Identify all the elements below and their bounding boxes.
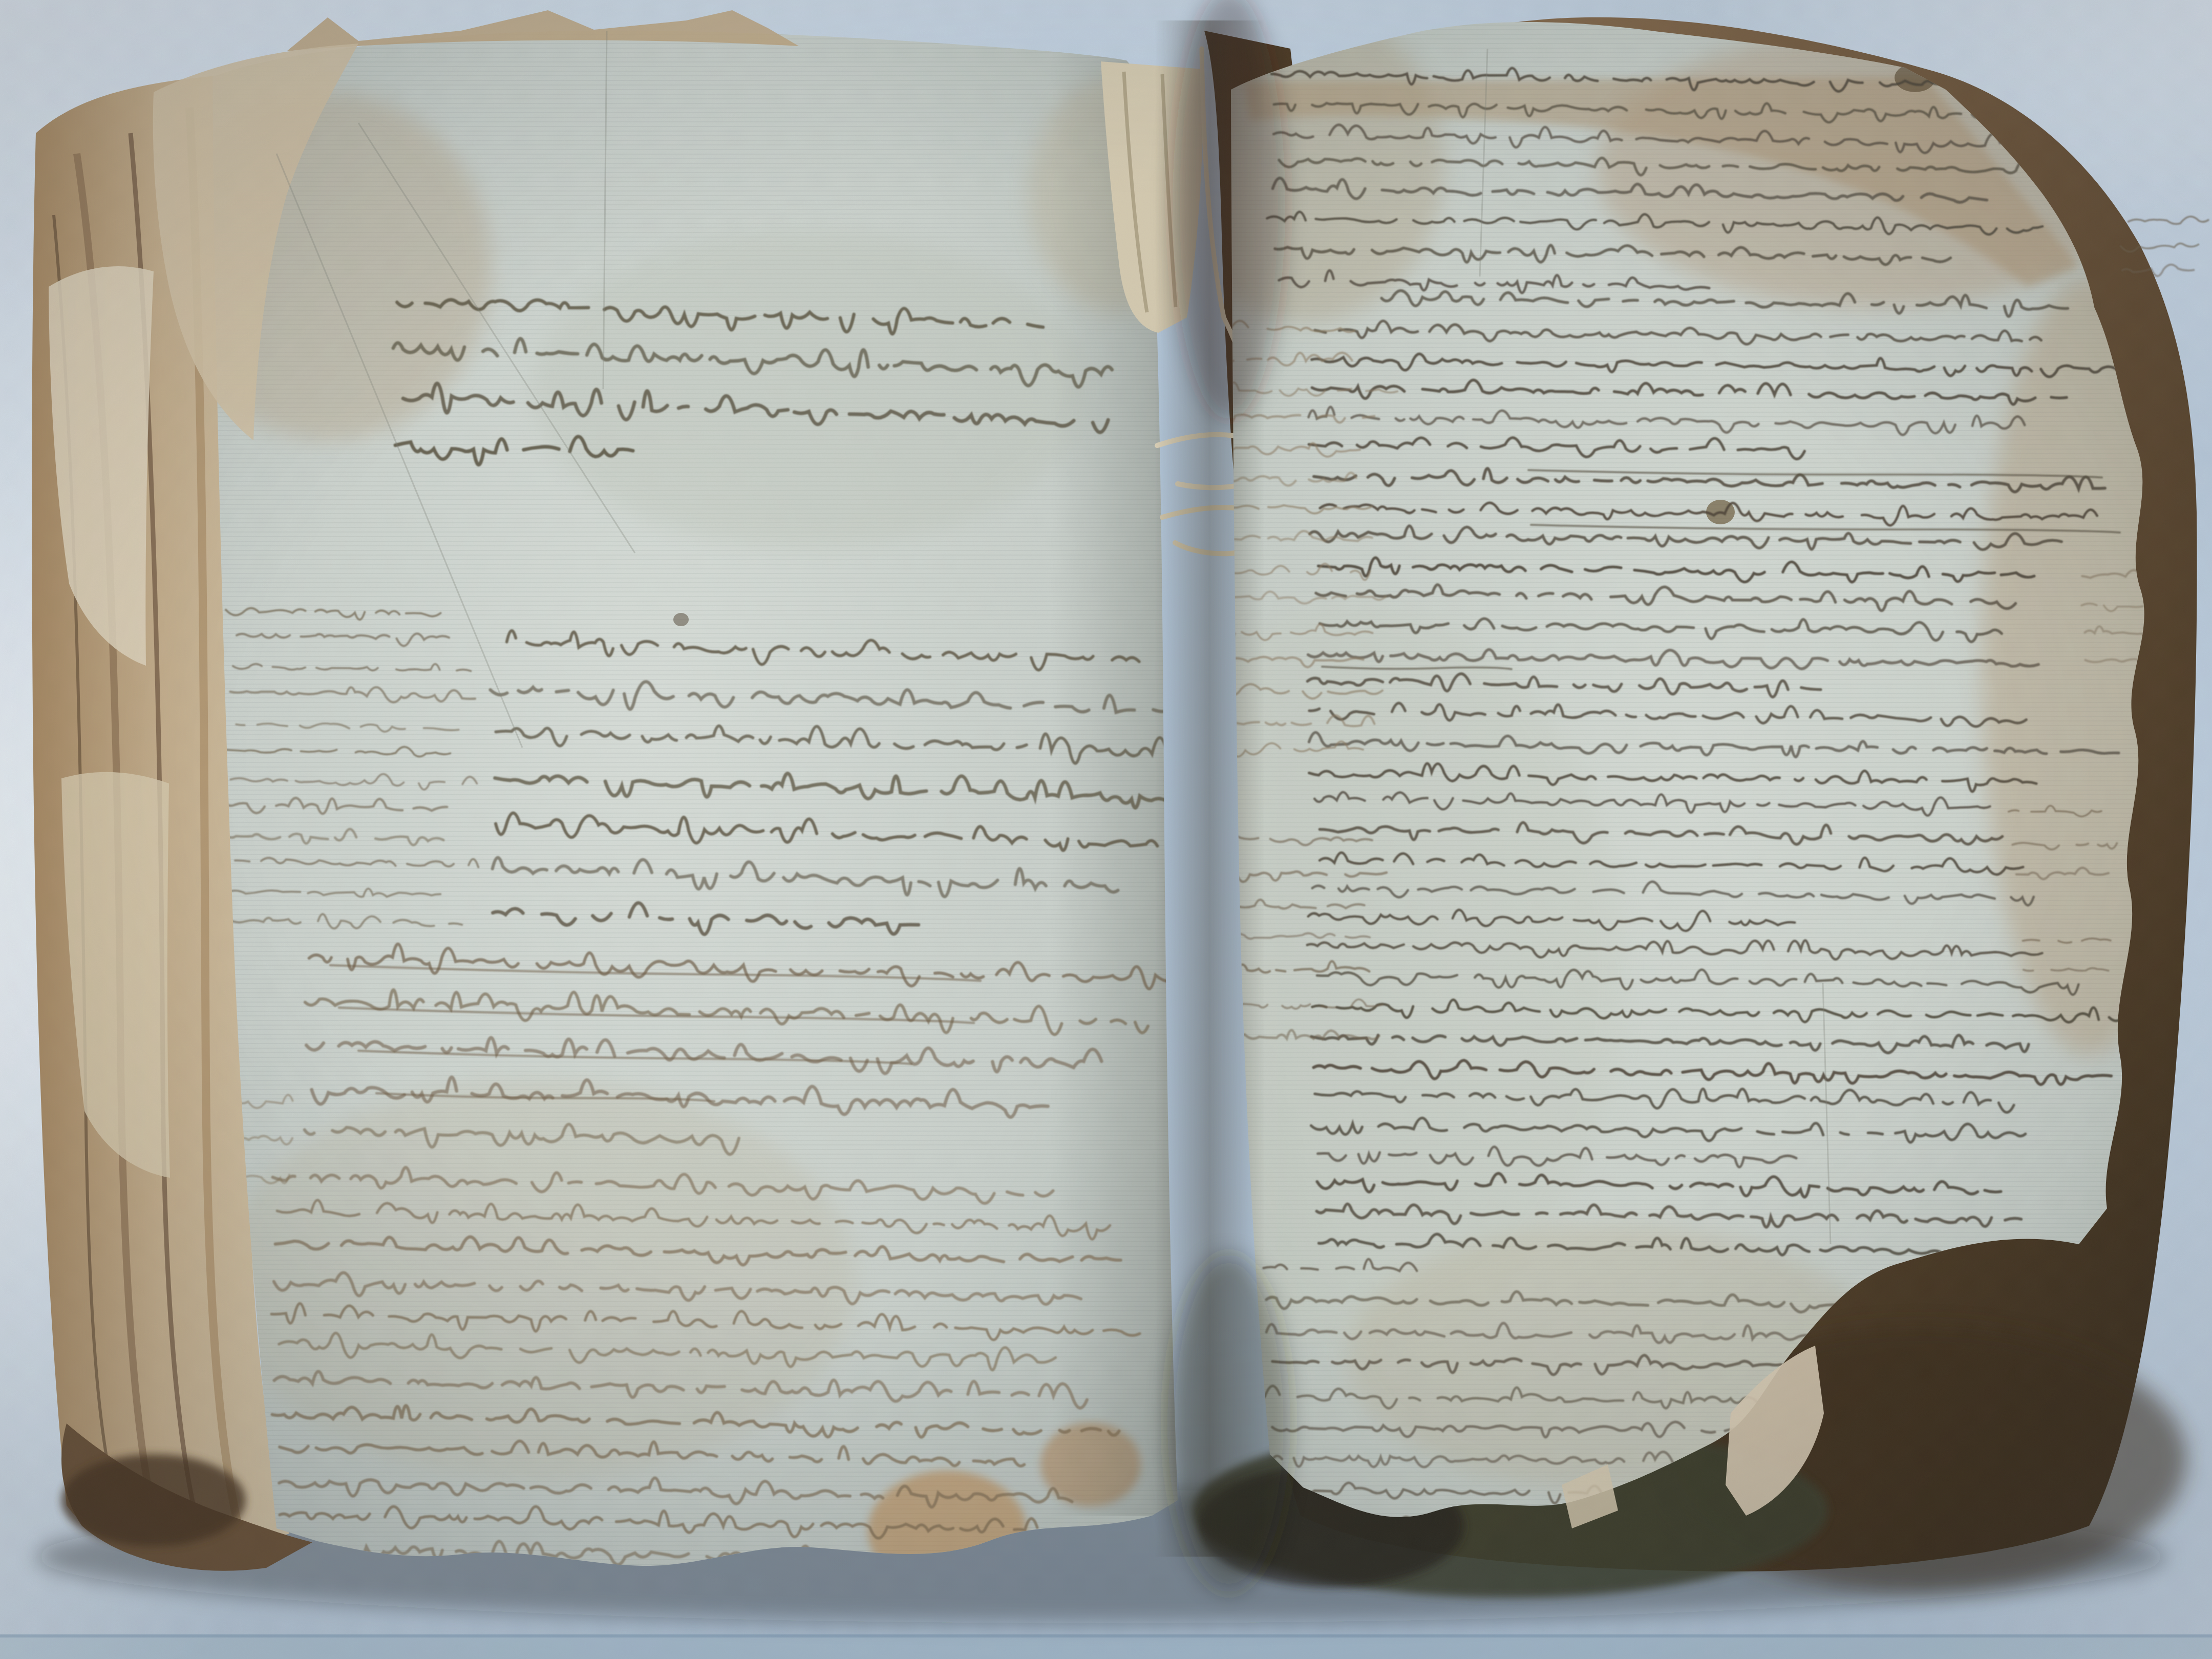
manuscript-book-photo xyxy=(0,0,2212,1659)
photo-grain xyxy=(0,0,2212,1659)
photo-canvas xyxy=(0,0,2212,1659)
